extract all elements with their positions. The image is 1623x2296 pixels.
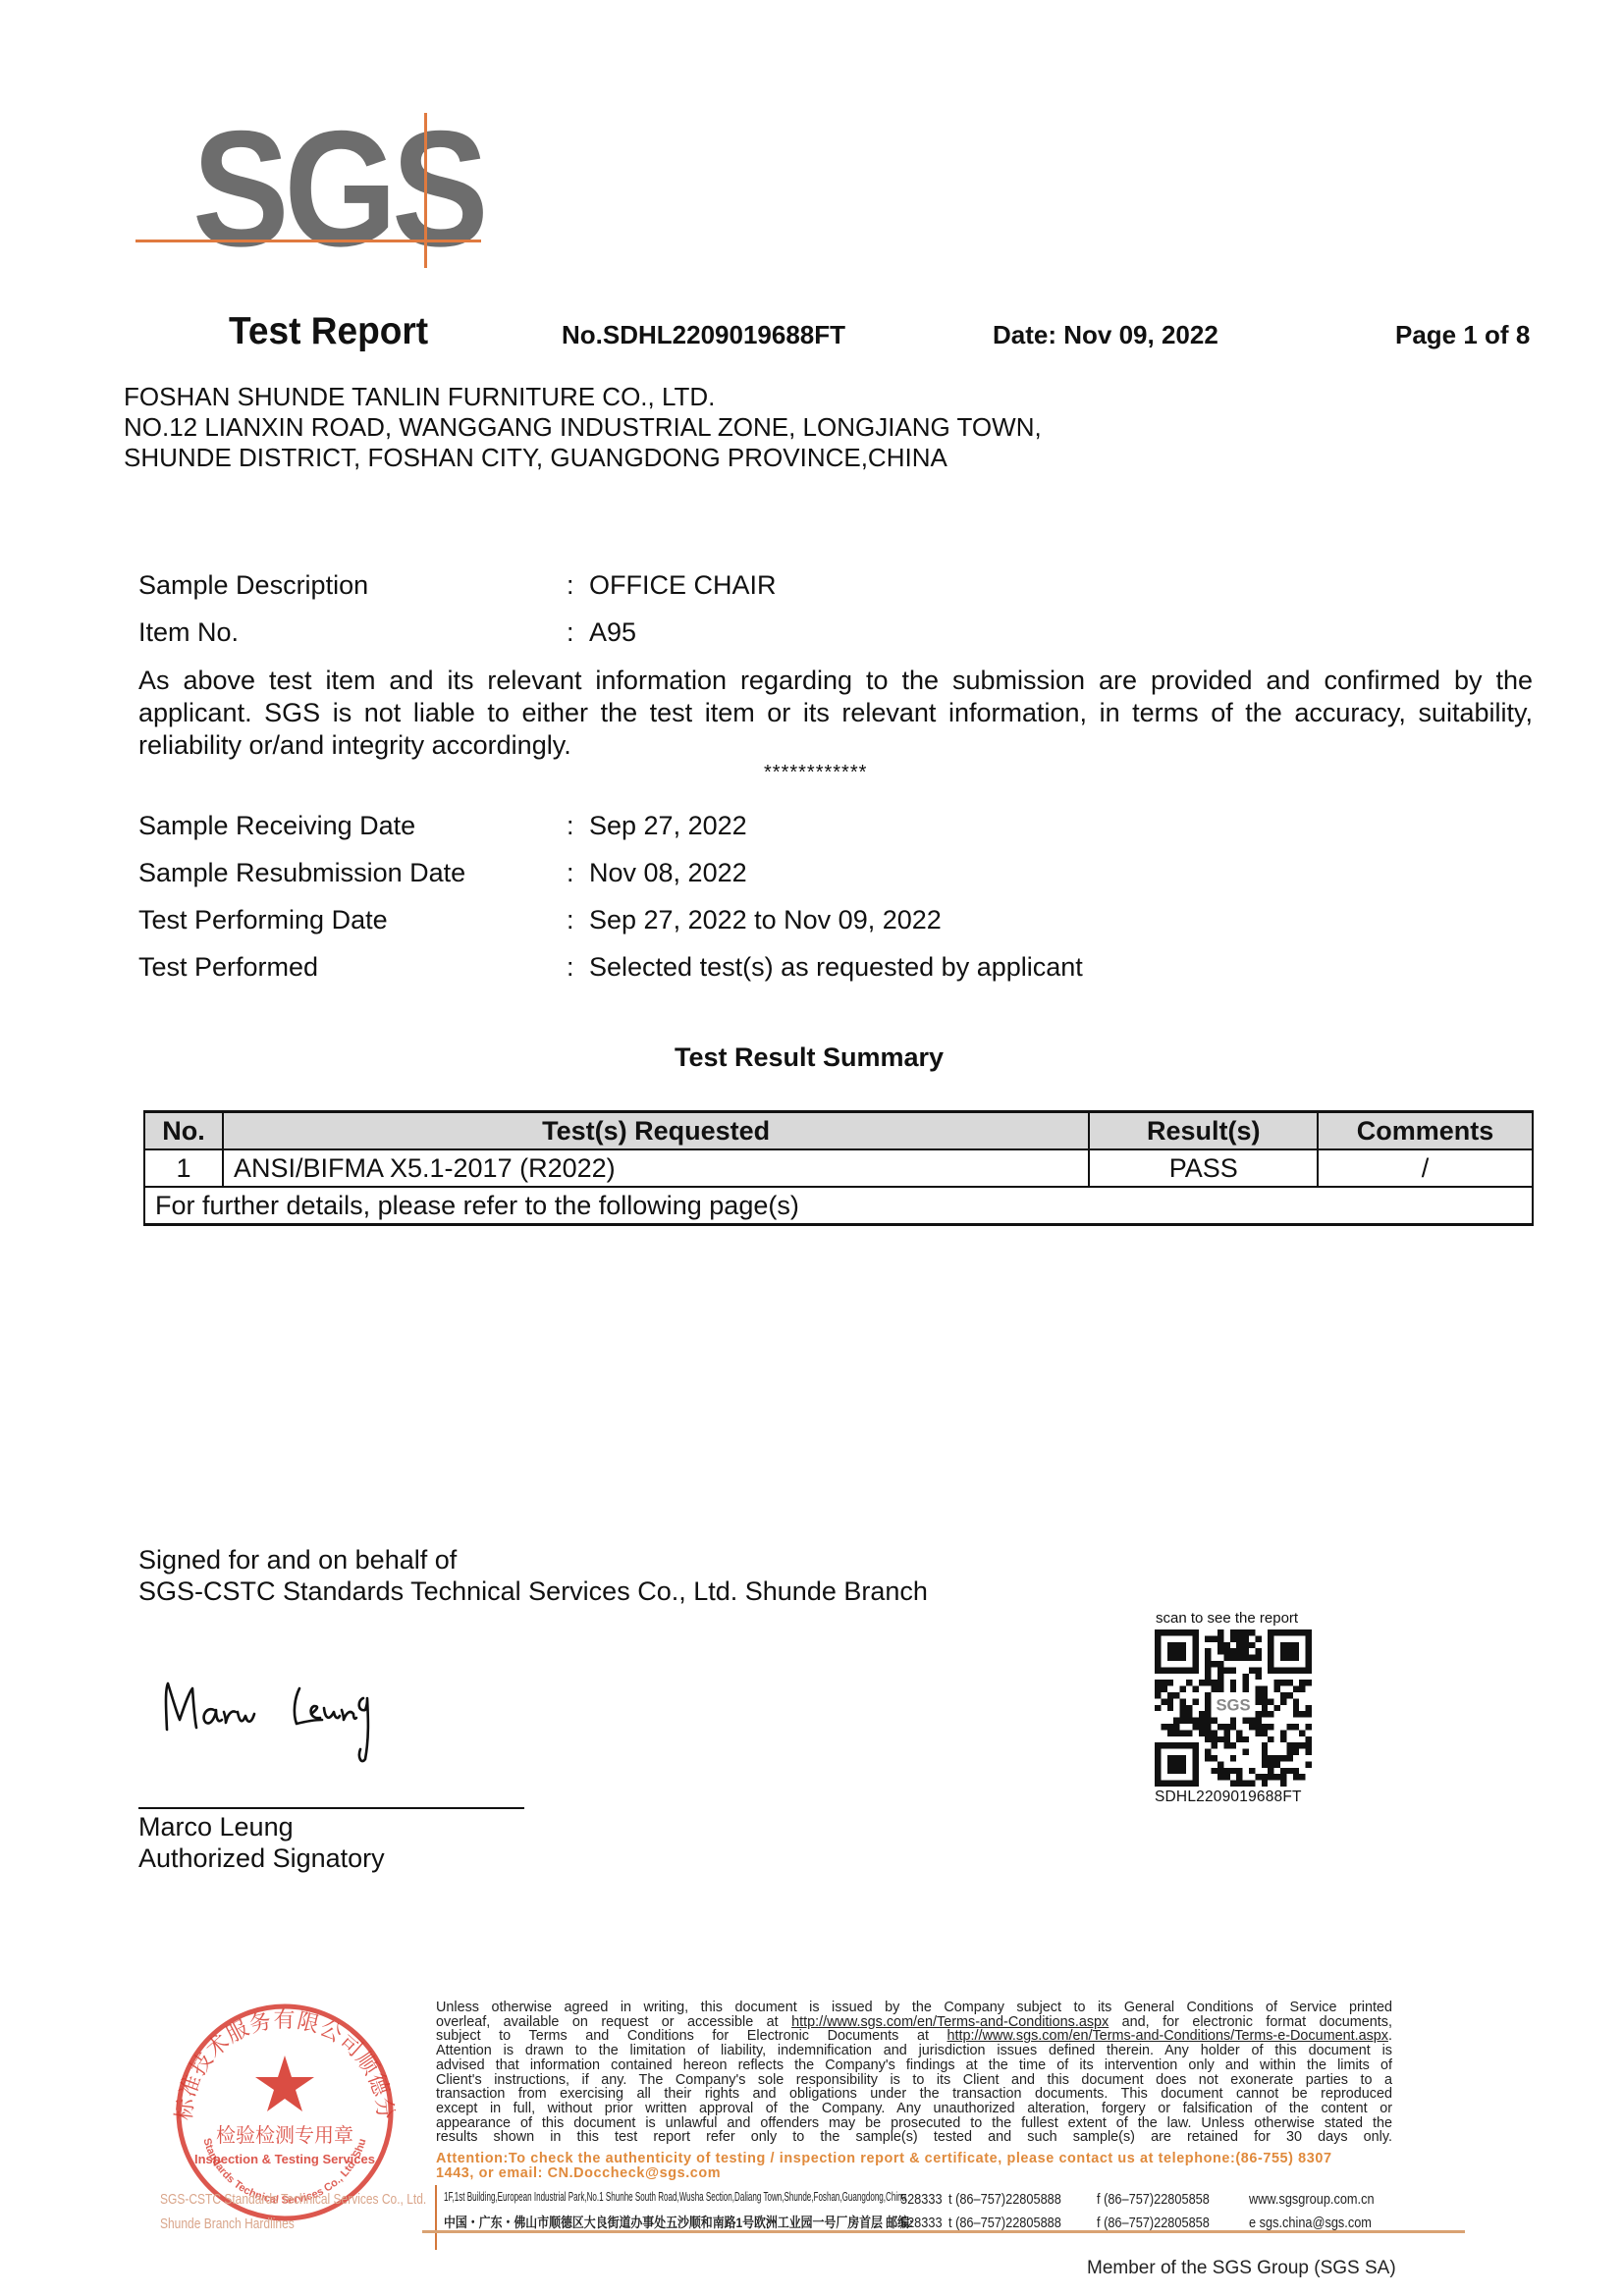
terms-link[interactable]: http://www.sgs.com/en/Terms-and-Conditio… [791,2014,1109,2030]
field-value-receiving-date: Sep 27, 2022 [589,811,747,841]
cell-no: 1 [144,1149,223,1187]
signed-for-label: Signed for and on behalf of [138,1545,457,1575]
signature-line [138,1807,524,1809]
summary-title: Test Result Summary [0,1042,1623,1073]
field-label-receiving-date: Sample Receiving Date [138,811,415,841]
applicant-disclaimer: As above test item and its relevant info… [138,665,1533,762]
qr-report-code: SDHL2209019688FT [1155,1789,1302,1806]
terms-link[interactable]: http://www.sgs.com/en/Terms-and-Conditio… [947,2028,1388,2044]
authenticity-notice-line: 1443, or email: CN.Doccheck@sgs.com [436,2166,1392,2181]
column-header-tests: Test(s) Requested [223,1112,1089,1150]
handwritten-signature [157,1669,412,1796]
authenticity-notice: Attention:To check the authenticity of t… [436,2152,1392,2181]
field-colon: : [567,811,574,841]
authenticity-notice-line: Attention:To check the authenticity of t… [436,2152,1392,2166]
footer-address-en: 1F,1st Building,European Industrial Park… [444,2189,906,2204]
field-value-resubmission-date: Nov 08, 2022 [589,858,747,888]
cell-comments: / [1318,1149,1533,1187]
svg-text:Inspection & Testing Services: Inspection & Testing Services [194,2152,375,2166]
column-header-no: No. [144,1112,223,1150]
field-label-sample-description: Sample Description [138,570,368,601]
legal-terms-line: subject to Terms and Conditions for Elec… [436,2029,1392,2044]
footer-telephone: t (86–757)22805888 [948,2215,1061,2231]
legal-terms-line: Client's instructions, if any. The Compa… [436,2073,1392,2088]
logo-horizontal-rule [135,240,481,242]
footer-postcode: 528333 [900,2191,943,2208]
page-indicator: Page 1 of 8 [1395,320,1530,350]
field-value-performing-date: Sep 27, 2022 to Nov 09, 2022 [589,905,942,935]
footer-fax: f (86–757)22805858 [1097,2215,1210,2231]
field-label-test-performed: Test Performed [138,952,318,983]
column-header-comments: Comments [1318,1112,1533,1150]
legal-terms-line: transaction from exercising all their ri… [436,2087,1392,2102]
field-value-test-performed: Selected test(s) as requested by applica… [589,952,1083,983]
signatory-role: Authorized Signatory [138,1843,385,1874]
field-label-resubmission-date: Sample Resubmission Date [138,858,465,888]
results-table: No. Test(s) Requested Result(s) Comments… [143,1110,1534,1226]
table-row: 1 ANSI/BIFMA X5.1-2017 (R2022) PASS / [144,1149,1533,1187]
report-date: Date: Nov 09, 2022 [993,320,1218,350]
column-header-results: Result(s) [1089,1112,1318,1150]
field-label-item-no: Item No. [138,617,239,648]
applicant-name: FOSHAN SHUNDE TANLIN FURNITURE CO., LTD. [124,382,715,412]
table-header-row: No. Test(s) Requested Result(s) Comments [144,1112,1533,1150]
legal-terms-line: Unless otherwise agreed in writing, this… [436,2001,1392,2015]
footer-website-link[interactable]: www.sgsgroup.com.cn [1249,2191,1375,2208]
field-colon: : [567,952,574,983]
footer-address-cn: 中国・广东・佛山市顺德区大良街道办事处五沙顺和南路1号欧洲工业园一号厂房首层 邮… [444,2213,913,2232]
sgs-group-membership: Member of the SGS Group (SGS SA) [1087,2258,1396,2279]
qr-code-icon[interactable]: SGS [1155,1629,1312,1787]
legal-terms-line: overleaf, available on request or access… [436,2015,1392,2030]
field-value-item-no: A95 [589,617,636,648]
field-colon: : [567,617,574,648]
cell-result: PASS [1089,1149,1318,1187]
footer-postcode: 528333 [900,2215,943,2231]
signatory-name: Marco Leung [138,1812,294,1842]
field-colon: : [567,905,574,935]
table-footer-note: For further details, please refer to the… [144,1187,1533,1225]
legal-terms-line: advised that information contained hereo… [436,2058,1392,2073]
footer-vertical-rule [435,2185,437,2250]
stamp-caption-company: SGS-CSTC Standards Technical Services Co… [160,2191,426,2208]
legal-terms: Unless otherwise agreed in writing, this… [436,2001,1392,2145]
legal-terms-line: results shown in this test report refer … [436,2130,1392,2145]
sgs-logo: SGS [192,106,483,271]
table-footer-row: For further details, please refer to the… [144,1187,1533,1225]
applicant-address-line: SHUNDE DISTRICT, FOSHAN CITY, GUANGDONG … [124,443,947,473]
footer-telephone: t (86–757)22805888 [948,2191,1061,2208]
footer-fax: f (86–757)22805858 [1097,2191,1210,2208]
footer-horizontal-rule [422,2230,1465,2233]
section-separator: ************ [764,762,867,784]
legal-terms-line: except in full, without prior written ap… [436,2102,1392,2116]
summary-title-text: Test Result Summary [675,1042,944,1073]
svg-text:SGS: SGS [1216,1696,1250,1715]
cell-test: ANSI/BIFMA X5.1-2017 (R2022) [223,1149,1089,1187]
report-title: Test Report [229,310,428,353]
field-value-sample-description: OFFICE CHAIR [589,570,777,601]
signing-company: SGS-CSTC Standards Technical Services Co… [138,1576,928,1607]
footer-email-link[interactable]: e sgs.china@sgs.com [1249,2215,1372,2231]
field-colon: : [567,570,574,601]
applicant-address-line: NO.12 LIANXIN ROAD, WANGGANG INDUSTRIAL … [124,412,1042,443]
qr-caption: scan to see the report [1156,1610,1298,1627]
logo-vertical-rule [424,113,427,268]
report-number: No.SDHL2209019688FT [562,320,845,350]
field-label-performing-date: Test Performing Date [138,905,388,935]
svg-text:检验检测专用章: 检验检测专用章 [216,2123,353,2147]
field-colon: : [567,858,574,888]
stamp-caption-branch: Shunde Branch Hardlines [160,2216,295,2232]
legal-terms-line: Attention is drawn to the limitation of … [436,2044,1392,2058]
legal-terms-line: appearance of this document is unlawful … [436,2116,1392,2131]
